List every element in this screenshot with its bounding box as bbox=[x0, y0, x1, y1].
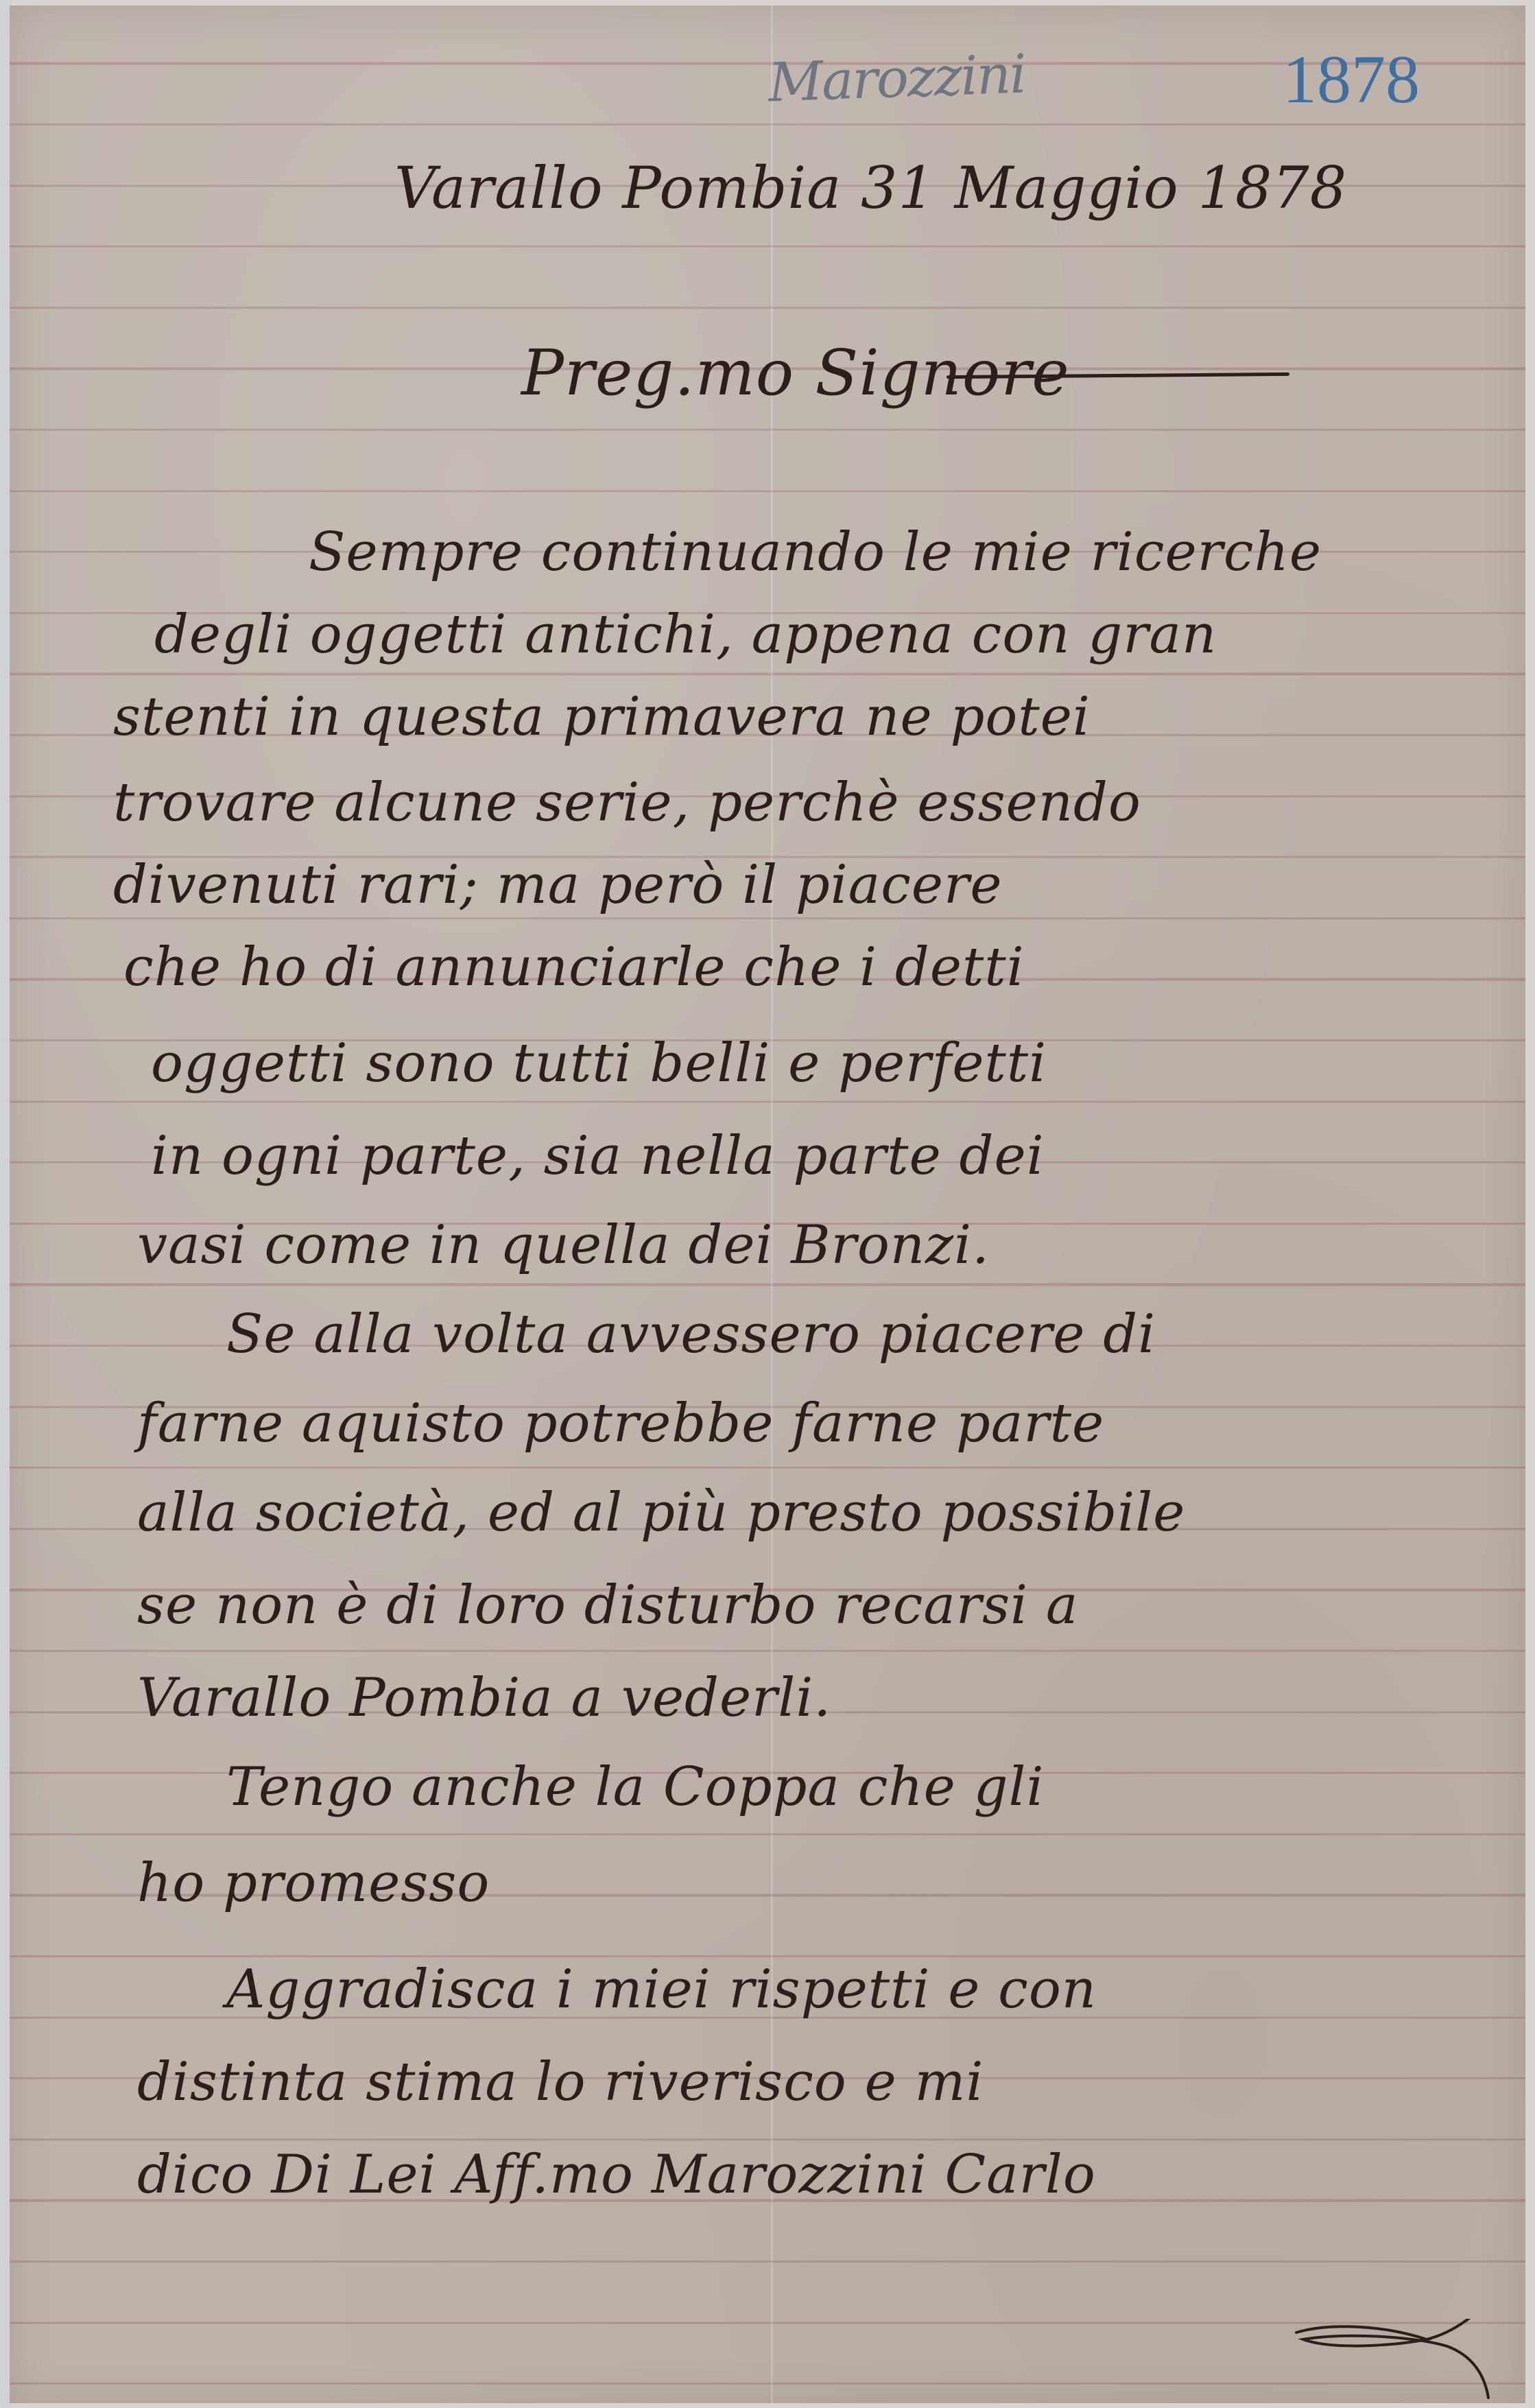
letter-line: alla società, ed al più presto possibile bbox=[137, 1482, 1185, 1544]
letter-line: vasi come in quella dei Bronzi. bbox=[137, 1214, 990, 1276]
letter-line: distinta stima lo riverisco e mi bbox=[137, 2051, 984, 2113]
letter-line: oggetti sono tutti belli e perfetti bbox=[151, 1032, 1047, 1094]
letter-line: divenuti rari; ma però il piacere bbox=[113, 854, 1003, 916]
letter-signature-line: dico Di Lei Aff.mo Marozzini Carlo bbox=[137, 2144, 1096, 2206]
letter-dateline: Varallo Pombia 31 Maggio 1878 bbox=[394, 154, 1347, 222]
archive-name-annotation: Marozzini bbox=[767, 43, 1027, 114]
letter-line: ho promesso bbox=[137, 1852, 490, 1914]
letter-line: Sempre continuando le mie ricerche bbox=[309, 521, 1322, 583]
signature-flourish-icon bbox=[1289, 2319, 1502, 2401]
letter-line: farne aquisto potrebbe farne parte bbox=[137, 1393, 1104, 1454]
letter-line: stenti in questa primavera ne potei bbox=[113, 686, 1091, 748]
letter-line: che ho di annunciarle che i detti bbox=[123, 936, 1025, 998]
letter-line: Varallo Pombia a vederli. bbox=[137, 1667, 831, 1729]
letter-line: se non è di loro disturbo recarsi a bbox=[137, 1574, 1078, 1636]
letter-line: Aggradisca i miei rispetti e con bbox=[226, 1959, 1097, 2020]
letter-line: Se alla volta avvessero piacere di bbox=[226, 1303, 1156, 1365]
letter-line: Tengo anche la Coppa che gli bbox=[226, 1756, 1044, 1818]
letter-line: in ogni parte, sia nella parte dei bbox=[151, 1125, 1045, 1187]
letter-line: trovare alcune serie, perchè essendo bbox=[113, 772, 1141, 834]
letter-line: degli oggetti antichi, appena con gran bbox=[154, 604, 1217, 665]
archive-year-annotation: 1878 bbox=[1283, 40, 1420, 119]
letter-salutation: Preg.mo Signore bbox=[521, 336, 1070, 410]
